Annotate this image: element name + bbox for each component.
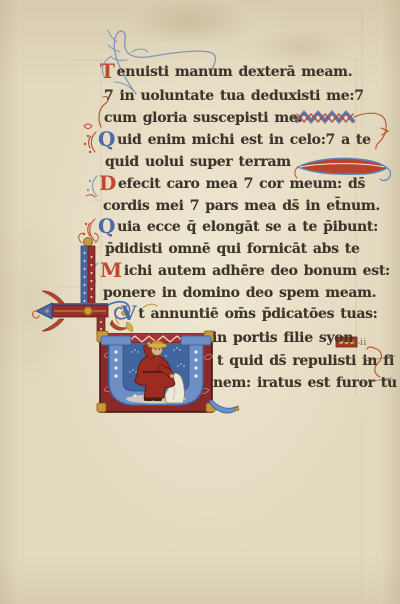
versal-initial: D bbox=[99, 176, 116, 190]
text-line: 7 in uoluntate tua deduxisti me:7 bbox=[104, 87, 364, 105]
text-line: Tenuisti manum dexterā meam. bbox=[100, 63, 352, 81]
line-text: t annuntiē om̄s p̄dicatōes tuas: bbox=[138, 306, 377, 322]
line-text: ichi autem adhēre deo bonum est: bbox=[124, 263, 390, 279]
line-text: p̄didisti omnē qui fornicāt abs te bbox=[105, 241, 360, 257]
versal-initial: T bbox=[100, 64, 115, 78]
text-line: p̄didisti omnē qui fornicāt abs te bbox=[105, 240, 360, 258]
quire-mark: ii bbox=[360, 338, 367, 348]
text-line: t quid ds̄ repulisti in fi bbox=[217, 352, 394, 370]
text-line: in portis filie syon bbox=[212, 329, 353, 347]
manuscript-page: Tenuisti manum dexterā meam. 7 in uolunt… bbox=[0, 0, 400, 604]
text-line: quid uolui super terram bbox=[105, 153, 291, 171]
line-text: nem: iratus est furor tu bbox=[213, 375, 397, 391]
versal-initial: V bbox=[121, 306, 136, 320]
versal-initial: Q bbox=[98, 132, 115, 146]
text-line: cum gloria suscepisti me. bbox=[104, 109, 302, 127]
text-line: Michi autem adhēre deo bonum est: bbox=[100, 262, 390, 280]
line-text: efecit caro mea 7 cor meum: ds̄ bbox=[118, 176, 365, 192]
line-text: quid uolui super terram bbox=[105, 154, 291, 170]
text-block: Tenuisti manum dexterā meam. 7 in uolunt… bbox=[0, 0, 400, 604]
text-line: Quid enim michi est in celo:7 a te bbox=[98, 131, 371, 149]
text-line: Defecit caro mea 7 cor meum: ds̄ bbox=[99, 175, 365, 193]
line-text: 7 in uoluntate tua deduxisti me:7 bbox=[104, 88, 364, 104]
text-line: ponere in domino deo spem meam. bbox=[103, 284, 376, 302]
line-text: uid enim michi est in celo:7 a te bbox=[117, 132, 371, 148]
line-text: enuisti manum dexterā meam. bbox=[117, 64, 353, 80]
text-line: nem: iratus est furor tu bbox=[213, 374, 397, 392]
line-text: cordis mei 7 pars mea ds̄ in et̄num. bbox=[103, 198, 380, 214]
versal-initial: Q bbox=[98, 219, 115, 233]
versal-initial: M bbox=[100, 263, 122, 277]
text-line: Vt annuntiē om̄s p̄dicatōes tuas: bbox=[121, 305, 378, 323]
line-text: ponere in domino deo spem meam. bbox=[103, 285, 376, 301]
line-text: cum gloria suscepisti me. bbox=[104, 110, 302, 126]
text-line: cordis mei 7 pars mea ds̄ in et̄num. bbox=[103, 197, 380, 215]
line-text: uia ecce q̄ elongāt se a te p̄ibunt: bbox=[117, 219, 378, 235]
line-text: t quid ds̄ repulisti in fi bbox=[217, 353, 394, 369]
text-line: Quia ecce q̄ elongāt se a te p̄ibunt: bbox=[98, 218, 378, 236]
line-text: in portis filie syon bbox=[212, 330, 353, 346]
